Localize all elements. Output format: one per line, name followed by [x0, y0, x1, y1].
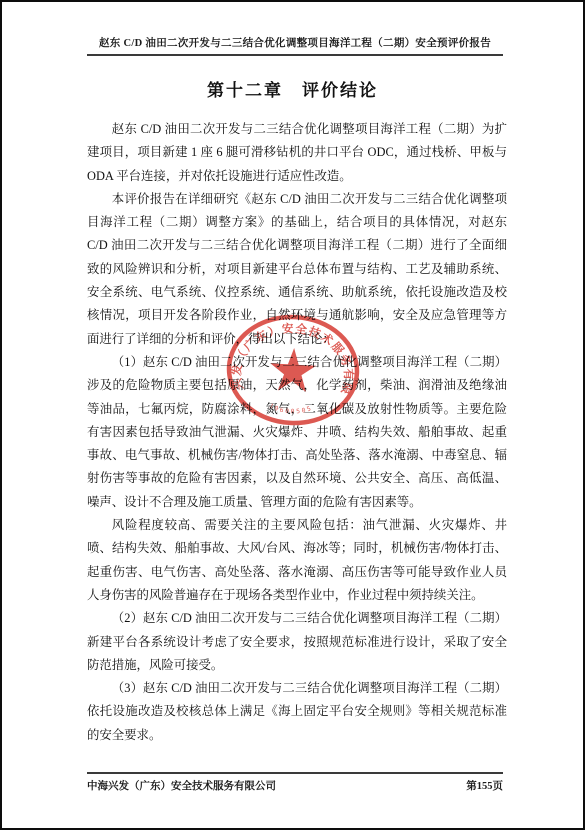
paragraph: 赵东 C/D 油田二次开发与二三结合优化调整项目海洋工程（二期）为扩建项目，项目… [87, 118, 507, 188]
paragraph: （3）赵东 C/D 油田二次开发与二三结合优化调整项目海洋工程（二期）依托设施改… [87, 677, 507, 747]
report-page: 赵东 C/D 油田二次开发与二三结合优化调整项目海洋工程（二期）安全预评价报告 … [0, 0, 585, 830]
paragraph: （2）赵东 C/D 油田二次开发与二三结合优化调整项目海洋工程（二期）新建平台各… [87, 607, 507, 677]
footer-company: 中海兴发（广东）安全技术服务有限公司 [87, 778, 276, 793]
page-header-title: 赵东 C/D 油田二次开发与二三结合优化调整项目海洋工程（二期）安全预评价报告 [87, 2, 503, 56]
paragraph: 风险程度较高、需要关注的主要风险包括：油气泄漏、火灾爆炸、井喷、结构失效、船舶事… [87, 514, 507, 607]
footer-rule [87, 772, 503, 774]
page-footer: 中海兴发（广东）安全技术服务有限公司 第155页 [87, 778, 503, 793]
report-body: 赵东 C/D 油田二次开发与二三结合优化调整项目海洋工程（二期）为扩建项目，项目… [87, 118, 507, 747]
footer-page-number: 第155页 [466, 778, 503, 793]
paragraph: 本评价报告在详细研究《赵东 C/D 油田二次开发与二三结合优化调整项目海洋工程（… [87, 188, 507, 351]
paragraph: （1）赵东 C/D 油田二次开发与二三结合优化调整项目海洋工程（二期）涉及的危险… [87, 351, 507, 514]
chapter-title: 第十二章 评价结论 [2, 76, 583, 101]
